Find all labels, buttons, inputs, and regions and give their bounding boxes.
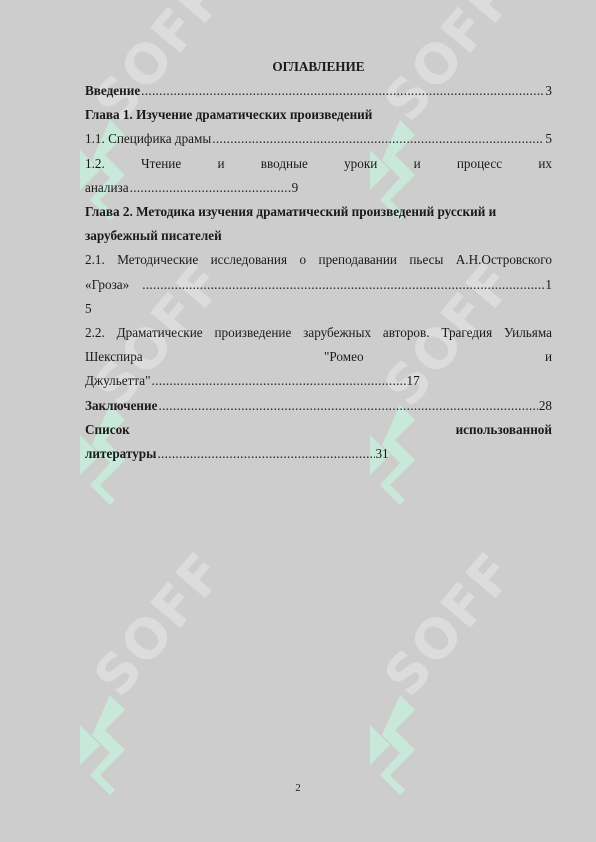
word: Трагедия <box>441 321 492 345</box>
toc-entry-page: 28 <box>539 394 552 418</box>
toc-chapter-1[interactable]: Глава 1. Изучение драматических произвед… <box>85 103 552 127</box>
toc-entry-label: Глава 1. Изучение драматических произвед… <box>85 103 372 127</box>
toc-entry-label: Введение <box>85 79 140 103</box>
toc-entry-line: 2.1. Методические исследования о препода… <box>85 248 552 272</box>
table-of-contents: ОГЛАВЛЕНИЕ Введение 3 Глава 1. Изучение … <box>85 55 552 466</box>
toc-entry-page: 31 <box>375 442 388 466</box>
toc-entry-intro[interactable]: Введение 3 <box>85 79 552 103</box>
toc-entry-line: Джульетта" 17 <box>85 369 552 393</box>
toc-entry-bibliography[interactable]: Список использованной литературы 31 <box>85 418 552 466</box>
toc-entry-line: «Гроза» 1 <box>85 273 552 297</box>
dot-leader <box>141 79 544 103</box>
toc-entry-line: Список использованной <box>85 418 552 442</box>
toc-entry-label: Глава 2. Методика изучения драматический… <box>85 200 552 224</box>
word: и <box>217 152 224 176</box>
word: 2.2. <box>85 321 105 345</box>
toc-entry-label: «Гроза» <box>85 273 129 297</box>
soff-logo-icon <box>80 695 140 795</box>
toc-entry-page: 3 <box>545 79 552 103</box>
dot-leader <box>130 176 292 200</box>
word: произведение <box>214 321 291 345</box>
toc-entry-page: 1 <box>545 273 552 297</box>
word: исследования <box>211 248 287 272</box>
toc-entry-label: Джульетта" <box>85 369 151 393</box>
word: Шекспира <box>85 345 143 369</box>
word: преподавании <box>319 248 397 272</box>
toc-entry-line: Шекспира "Ромео и <box>85 345 552 369</box>
word: Чтение <box>141 152 181 176</box>
toc-chapter-2[interactable]: Глава 2. Методика изучения драматический… <box>85 200 552 248</box>
dot-leader <box>212 127 544 151</box>
toc-entry-page: 9 <box>292 176 299 200</box>
toc-entry-1-2[interactable]: 1.2. Чтение и вводные уроки и процесс их… <box>85 152 552 200</box>
watermark: SOFF <box>80 605 260 805</box>
word: Методические <box>117 248 198 272</box>
dot-leader <box>152 369 407 393</box>
word: и <box>545 345 552 369</box>
toc-entry-conclusion[interactable]: Заключение 28 <box>85 394 552 418</box>
word: о <box>299 248 306 272</box>
word: и <box>414 152 421 176</box>
word: авторов. <box>383 321 430 345</box>
toc-entry-label: Заключение <box>85 394 157 418</box>
toc-entry-line: литературы 31 <box>85 442 552 466</box>
word: вводные <box>261 152 308 176</box>
toc-entry-line: 1.2. Чтение и вводные уроки и процесс их <box>85 152 552 176</box>
dot-leader <box>142 273 544 297</box>
toc-entry-line: 2.2. Драматические произведение зарубежн… <box>85 321 552 345</box>
word: процесс <box>457 152 502 176</box>
watermark: SOFF <box>370 605 550 805</box>
word: Драматические <box>117 321 203 345</box>
toc-entry-1-1[interactable]: 1.1. Специфика драмы 5 <box>85 127 552 151</box>
word: 2.1. <box>85 248 105 272</box>
word: Уильяма <box>504 321 552 345</box>
word: "Ромео <box>324 345 364 369</box>
toc-entry-page: 5 <box>545 127 552 151</box>
watermark-text: SOFF <box>372 540 527 708</box>
dot-leader <box>158 394 537 418</box>
toc-entry-label: анализа <box>85 176 129 200</box>
toc-entry-page: 17 <box>407 369 420 393</box>
page-number: 2 <box>0 782 596 794</box>
word: 1.2. <box>85 152 105 176</box>
word: уроки <box>344 152 377 176</box>
toc-entry-2-2[interactable]: 2.2. Драматические произведение зарубежн… <box>85 321 552 394</box>
word: их <box>538 152 552 176</box>
toc-entry-page: 5 <box>85 297 552 321</box>
toc-entry-2-1[interactable]: 2.1. Методические исследования о препода… <box>85 248 552 321</box>
toc-entry-label: литературы <box>85 442 156 466</box>
watermark-text: SOFF <box>82 540 237 708</box>
toc-entry-label: зарубежный писателей <box>85 224 552 248</box>
word: А.Н.Островского <box>456 248 552 272</box>
soff-logo-icon <box>370 695 430 795</box>
dot-leader <box>157 442 375 466</box>
word: Список <box>85 418 130 442</box>
word: пьесы <box>409 248 443 272</box>
toc-entry-line: анализа 9 <box>85 176 552 200</box>
word: зарубежных <box>303 321 371 345</box>
toc-entry-label: 1.1. Специфика драмы <box>85 127 211 151</box>
page-title: ОГЛАВЛЕНИЕ <box>85 55 552 79</box>
word: использованной <box>456 418 552 442</box>
